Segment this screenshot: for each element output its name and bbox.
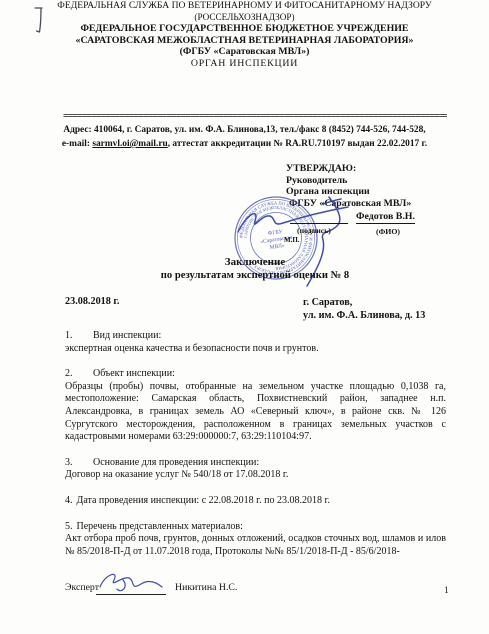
- org-header: ФЕДЕРАЛЬНАЯ СЛУЖБА ПО ВЕТЕРИНАРНОМУ И ФИ…: [0, 0, 489, 69]
- section-2: 2.Объект инспекции: Образцы (пробы) почв…: [65, 368, 446, 444]
- org-header-line2: (РОССЕЛЬХОЗНАДЗОР): [0, 12, 489, 24]
- signature-caption: (подпись): [297, 226, 331, 235]
- name-caption: (ФИО): [376, 227, 400, 236]
- section-1-heading: 1.Вид инспекции:: [65, 330, 446, 343]
- section-3-body: Договор на оказание услуг № 540/18 от 17…: [65, 469, 446, 482]
- page-number: 1: [444, 586, 449, 596]
- divider-line: ========================================…: [63, 112, 447, 122]
- section-4: 4.Дата проведения инспекции: с 22.08.201…: [65, 495, 446, 508]
- org-header-line1: ФЕДЕРАЛЬНАЯ СЛУЖБА ПО ВЕТЕРИНАРНОМУ И ФИ…: [0, 0, 489, 12]
- signature-line: [290, 210, 348, 224]
- sections-content: 1.Вид инспекции: экспертная оценка качес…: [65, 330, 446, 571]
- document-date: 23.08.2018 г.: [65, 296, 119, 307]
- document-title-line2: по результатам экспертной оценки № 8: [65, 269, 445, 282]
- document-title-line1: Заключение: [65, 255, 445, 269]
- section-4-heading: 4.Дата проведения инспекции: с 22.08.201…: [65, 495, 446, 508]
- section-3: 3.Основание для проведения инспекции: До…: [65, 457, 446, 482]
- document-place: г. Саратов, ул. им. Ф.А. Блинова, д. 13: [303, 296, 425, 322]
- seal-mark: М.П.: [284, 236, 300, 244]
- contact-block: Адрес: 410064, г. Саратов, ул. им. Ф.А. …: [0, 123, 489, 151]
- contact-email-line: e-mail: sarmvl.oi@mail.ru, аттестат аккр…: [0, 137, 489, 151]
- document-title: Заключение по результатам экспертной оце…: [65, 255, 445, 282]
- section-5-heading: 5.Перечень представленных материалов:: [65, 521, 446, 534]
- section-5: 5.Перечень представленных материалов: Ак…: [65, 521, 446, 559]
- section-3-heading: 3.Основание для проведения инспекции:: [65, 457, 446, 470]
- section-5-body: Акт отбора проб почв, грунтов, донных от…: [65, 533, 446, 558]
- expert-signature: [92, 568, 172, 598]
- contact-address-line: Адрес: 410064, г. Саратов, ул. им. Ф.А. …: [0, 123, 489, 137]
- org-header-line6: ОРГАН ИНСПЕКЦИИ: [0, 58, 489, 70]
- section-1-body: экспертная оценка качества и безопасност…: [65, 343, 446, 356]
- org-header-line3: ФЕДЕРАЛЬНОЕ ГОСУДАРСТВЕННОЕ БЮДЖЕТНОЕ УЧ…: [0, 23, 489, 35]
- org-header-line4: «САРАТОВСКАЯ МЕЖОБЛАСТНАЯ ВЕТЕРИНАРНАЯ Л…: [0, 35, 489, 47]
- approval-role1: Руководитель: [286, 175, 411, 187]
- email-link: sarmvl.oi@mail.ru: [92, 139, 167, 149]
- org-header-line5: (ФГБУ «Саратовская МВЛ»): [0, 46, 489, 58]
- section-2-heading: 2.Объект инспекции:: [65, 368, 446, 381]
- director-signature: [225, 190, 375, 300]
- approver-name: Федотов В.Н.: [356, 211, 415, 224]
- expert-name: Никитина Н.С.: [175, 582, 237, 593]
- approval-heading: УТВЕРЖДАЮ:: [286, 163, 411, 175]
- place-city: г. Саратов,: [303, 296, 425, 309]
- place-street: ул. им. Ф.А. Блинова, д. 13: [303, 309, 425, 322]
- section-1: 1.Вид инспекции: экспертная оценка качес…: [65, 330, 446, 355]
- section-2-body: Образцы (пробы) почвы, отобранные на зем…: [65, 381, 446, 444]
- document-page: ФЕДЕРАЛЬНАЯ СЛУЖБА ПО ВЕТЕРИНАРНОМУ И ФИ…: [0, 0, 489, 634]
